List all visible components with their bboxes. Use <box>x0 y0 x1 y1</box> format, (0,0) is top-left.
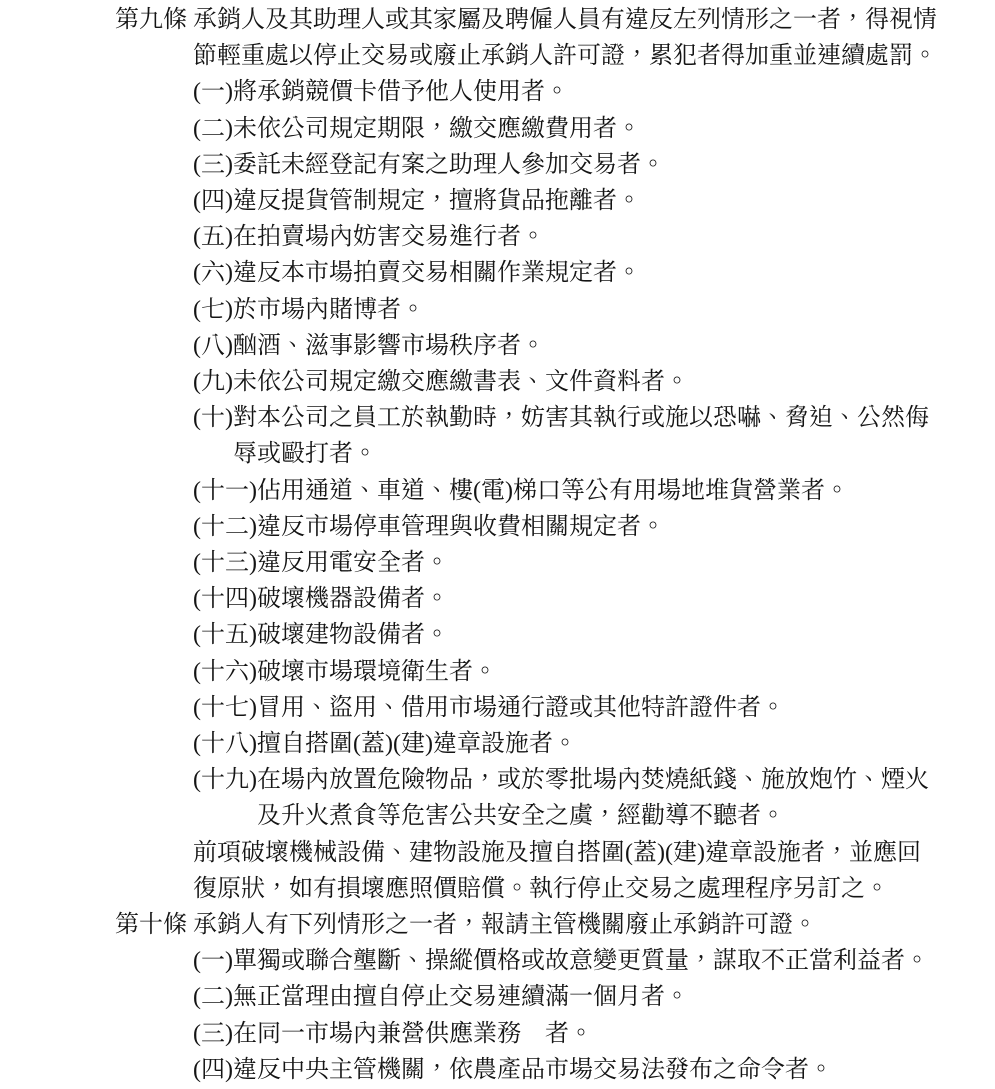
list-item: (二) 未依公司規定期限，繳交應繳費用者。 <box>193 111 943 147</box>
list-item: (一) 將承銷競價卡借予他人使用者。 <box>193 74 943 110</box>
item-text: 擅自搭圍(蓋)(建)違章設施者。 <box>257 726 943 762</box>
item-marker: (五) <box>193 219 233 255</box>
item-marker: (十二) <box>193 509 257 545</box>
item-text: 違反中央主管機關，依農產品市場交易法發布之命令者。 <box>233 1052 943 1088</box>
article-9-closing: 前項破壞機械設備、建物設施及擅自搭圍(蓋)(建)違章設施者，並應回復原狀，如有損… <box>193 835 943 907</box>
item-marker: (十四) <box>193 581 257 617</box>
item-marker: (十八) <box>193 726 257 762</box>
item-marker: (四) <box>193 1052 233 1088</box>
list-item: (三) 委託未經登記有案之助理人參加交易者。 <box>193 147 943 183</box>
article-10: 第十條 承銷人有下列情形之一者，報請主管機關廢止承銷許可證。 (一) 單獨或聯合… <box>115 907 969 1088</box>
article-9-intro: 承銷人及其助理人或其家屬及聘僱人員有違反左列情形之一者，得視情節輕重處以停止交易… <box>193 2 943 74</box>
article-9-body: 承銷人及其助理人或其家屬及聘僱人員有違反左列情形之一者，得視情節輕重處以停止交易… <box>193 2 943 907</box>
item-text: 無正當理由擅自停止交易連續滿一個月者。 <box>233 979 943 1015</box>
article-10-body: 承銷人有下列情形之一者，報請主管機關廢止承銷許可證。 (一) 單獨或聯合壟斷、操… <box>193 907 943 1088</box>
item-text: 違反本市場拍賣交易相關作業規定者。 <box>233 255 943 291</box>
item-marker: (二) <box>193 979 233 1015</box>
item-text: 破壞機器設備者。 <box>257 581 943 617</box>
item-marker: (三) <box>193 147 233 183</box>
list-item: (十五) 破壞建物設備者。 <box>193 617 943 653</box>
list-item: (四) 違反提貨管制規定，擅將貨品拖離者。 <box>193 183 943 219</box>
item-text: 單獨或聯合壟斷、操縱價格或故意變更質量，謀取不正當利益者。 <box>233 943 943 979</box>
item-marker: (十五) <box>193 617 257 653</box>
item-text: 違反用電安全者。 <box>257 545 943 581</box>
item-text: 未依公司規定繳交應繳書表、文件資料者。 <box>233 364 943 400</box>
item-text: 在拍賣場內妨害交易進行者。 <box>233 219 943 255</box>
item-marker: (十一) <box>193 473 257 509</box>
list-item: (十二) 違反市場停車管理與收費相關規定者。 <box>193 509 943 545</box>
item-text: 破壞建物設備者。 <box>257 617 943 653</box>
item-marker: (八) <box>193 328 233 364</box>
list-item: (一) 單獨或聯合壟斷、操縱價格或故意變更質量，謀取不正當利益者。 <box>193 943 943 979</box>
item-marker: (十三) <box>193 545 257 581</box>
item-marker: (十六) <box>193 654 257 690</box>
list-item: (四) 違反中央主管機關，依農產品市場交易法發布之命令者。 <box>193 1052 943 1088</box>
item-text: 在同一市場內兼營供應業務 者。 <box>233 1016 943 1052</box>
item-text: 違反市場停車管理與收費相關規定者。 <box>257 509 943 545</box>
article-10-number: 第十條 <box>115 907 193 943</box>
item-text: 酗酒、滋事影響市場秩序者。 <box>233 328 943 364</box>
list-item: (十八) 擅自搭圍(蓋)(建)違章設施者。 <box>193 726 943 762</box>
item-text: 破壞市場環境衛生者。 <box>257 654 943 690</box>
list-item: (七) 於市場內賭博者。 <box>193 292 943 328</box>
list-item: (九) 未依公司規定繳交應繳書表、文件資料者。 <box>193 364 943 400</box>
article-10-intro: 承銷人有下列情形之一者，報請主管機關廢止承銷許可證。 <box>193 907 943 943</box>
list-item: (十九) 在場內放置危險物品，或於零批場內焚燒紙錢、施放炮竹、煙火及升火煮食等危… <box>193 762 943 834</box>
item-marker: (十七) <box>193 690 257 726</box>
list-item: (十) 對本公司之員工於執勤時，妨害其執行或施以恐嚇、脅迫、公然侮辱或毆打者。 <box>193 400 943 472</box>
item-marker: (七) <box>193 292 233 328</box>
item-text: 冒用、盜用、借用市場通行證或其他特許證件者。 <box>257 690 943 726</box>
list-item: (三) 在同一市場內兼營供應業務 者。 <box>193 1016 943 1052</box>
list-item: (十四) 破壞機器設備者。 <box>193 581 943 617</box>
item-marker: (十) <box>193 400 233 436</box>
list-item: (十三) 違反用電安全者。 <box>193 545 943 581</box>
item-text: 對本公司之員工於執勤時，妨害其執行或施以恐嚇、脅迫、公然侮辱或毆打者。 <box>233 400 943 472</box>
item-text: 於市場內賭博者。 <box>233 292 943 328</box>
article-9-number: 第九條 <box>115 2 193 38</box>
list-item: (八) 酗酒、滋事影響市場秩序者。 <box>193 328 943 364</box>
list-item: (二) 無正當理由擅自停止交易連續滿一個月者。 <box>193 979 943 1015</box>
item-text: 委託未經登記有案之助理人參加交易者。 <box>233 147 943 183</box>
list-item: (十七) 冒用、盜用、借用市場通行證或其他特許證件者。 <box>193 690 943 726</box>
item-marker: (十九) <box>193 762 257 798</box>
document-page: 第九條 承銷人及其助理人或其家屬及聘僱人員有違反左列情形之一者，得視情節輕重處以… <box>0 0 995 1088</box>
item-text: 在場內放置危險物品，或於零批場內焚燒紙錢、施放炮竹、煙火及升火煮食等危害公共安全… <box>257 762 943 834</box>
item-marker: (一) <box>193 943 233 979</box>
list-item: (五) 在拍賣場內妨害交易進行者。 <box>193 219 943 255</box>
item-text: 佔用通道、車道、樓(電)梯口等公有用場地堆貨營業者。 <box>257 473 943 509</box>
item-text: 將承銷競價卡借予他人使用者。 <box>233 74 943 110</box>
list-item: (十一) 佔用通道、車道、樓(電)梯口等公有用場地堆貨營業者。 <box>193 473 943 509</box>
item-marker: (六) <box>193 255 233 291</box>
item-marker: (二) <box>193 111 233 147</box>
item-text: 違反提貨管制規定，擅將貨品拖離者。 <box>233 183 943 219</box>
list-item: (十六) 破壞市場環境衛生者。 <box>193 654 943 690</box>
item-marker: (九) <box>193 364 233 400</box>
list-item: (六) 違反本市場拍賣交易相關作業規定者。 <box>193 255 943 291</box>
item-marker: (四) <box>193 183 233 219</box>
item-text: 未依公司規定期限，繳交應繳費用者。 <box>233 111 943 147</box>
article-9: 第九條 承銷人及其助理人或其家屬及聘僱人員有違反左列情形之一者，得視情節輕重處以… <box>115 2 969 907</box>
item-marker: (三) <box>193 1016 233 1052</box>
item-marker: (一) <box>193 74 233 110</box>
